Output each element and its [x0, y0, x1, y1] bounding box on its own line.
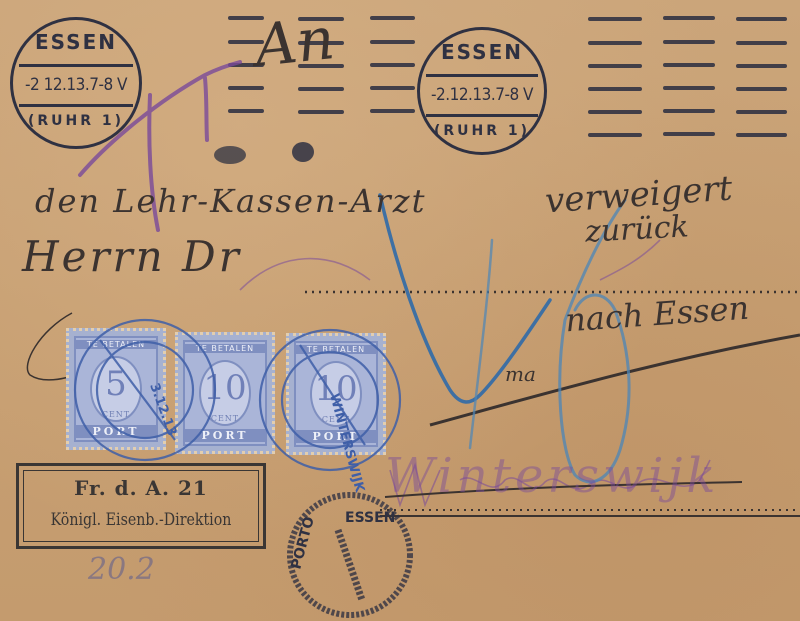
postal-cover: ESSEN -2 12.13.7-8 V (RUHR 1) ESSEN -2.1…: [0, 0, 800, 621]
essen-porto-cancel: ESSEN PORTO: [0, 0, 800, 621]
svg-text:ESSEN: ESSEN: [345, 510, 395, 526]
